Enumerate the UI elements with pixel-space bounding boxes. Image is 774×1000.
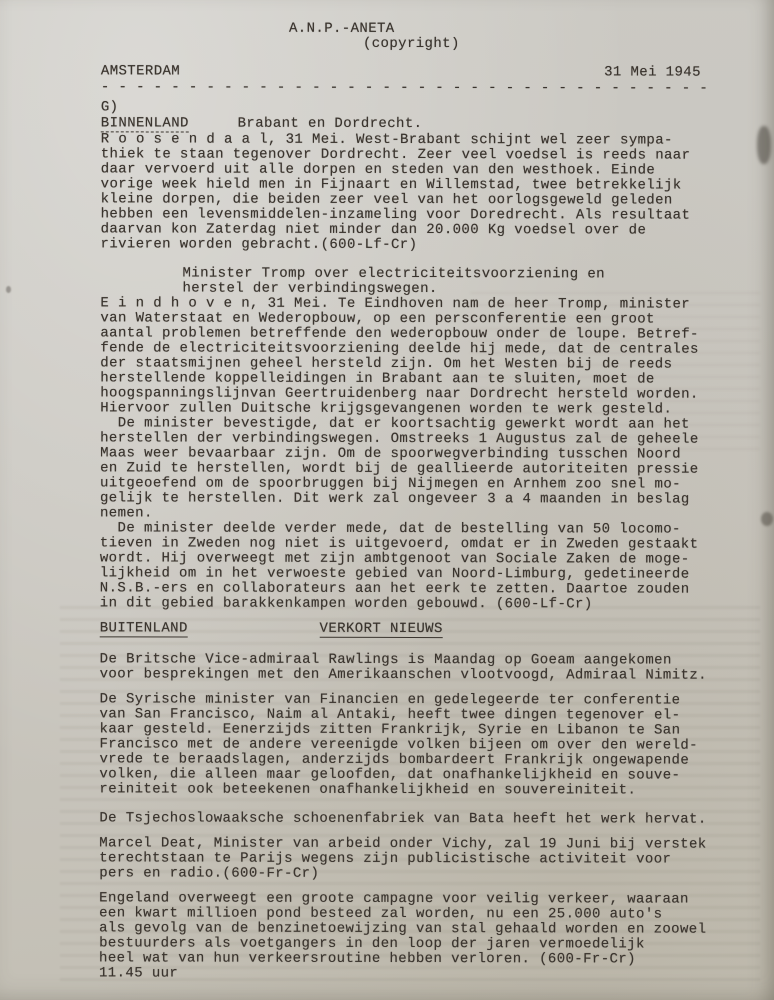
agency-title: A.N.P.-ANETA bbox=[289, 22, 725, 38]
paragraph-roosendaal: R o o s e n d a a l, 31 Mei. West-Braban… bbox=[101, 132, 725, 253]
dateline-row: AMSTERDAM 31 Mei 1945 bbox=[101, 64, 725, 80]
binnenland-section-label: BINNENLAND bbox=[101, 116, 189, 132]
buitenland-section-label: BUITENLAND bbox=[100, 621, 188, 637]
paragraph-syrische-minister: De Syrische minister van Financien en ge… bbox=[99, 692, 723, 798]
brabant-dordrecht-headline: Brabant en Dordrecht. bbox=[238, 116, 423, 132]
document-sheet: A.N.P.-ANETA (copyright) AMSTERDAM 31 Me… bbox=[0, 0, 774, 1000]
category-marker: G) bbox=[101, 100, 725, 116]
paragraph-locomotieven: De minister deelde verder mede, dat de b… bbox=[100, 521, 724, 612]
paragraph-bata: De Tsjechoslowaaksche schoenenfabriek va… bbox=[99, 811, 723, 827]
verkort-nieuws-headline: VERKORT NIEUWS bbox=[320, 622, 443, 638]
buitenland-section-row: BUITENLAND VERKORT NIEUWS bbox=[100, 621, 724, 638]
ink-smudge-right-mid bbox=[761, 512, 773, 526]
date-label: 31 Mei 1945 bbox=[604, 65, 701, 80]
copyright-line: (copyright) bbox=[363, 37, 725, 53]
paragraph-rawlings: De Britsche Vice-admiraal Rawlings is Ma… bbox=[100, 652, 724, 683]
paragraph-veilig-verkeer: Engeland overweegt een groote campagne v… bbox=[99, 891, 723, 967]
city-label: AMSTERDAM bbox=[101, 64, 180, 79]
time-stamp: 11.45 uur bbox=[99, 966, 723, 982]
ink-smudge-right-top bbox=[757, 126, 771, 164]
typewritten-content: A.N.P.-ANETA (copyright) AMSTERDAM 31 Me… bbox=[99, 21, 725, 982]
paragraph-marcel-deat: Marcel Deat, Minister van arbeid onder V… bbox=[99, 836, 723, 882]
paragraph-eindhoven: E i n d h o v e n, 31 Mei. Te Eindhoven … bbox=[100, 296, 724, 417]
tromp-headline: Minister Tromp over electriciteitsvoorzi… bbox=[182, 267, 724, 298]
ink-smudge-left bbox=[6, 286, 11, 293]
dashed-rule: - - - - - - - - - - - - - - - - - - - - … bbox=[101, 80, 725, 96]
paragraph-verbindingswegen: De minister bevestigde, dat er koortsach… bbox=[100, 416, 724, 522]
